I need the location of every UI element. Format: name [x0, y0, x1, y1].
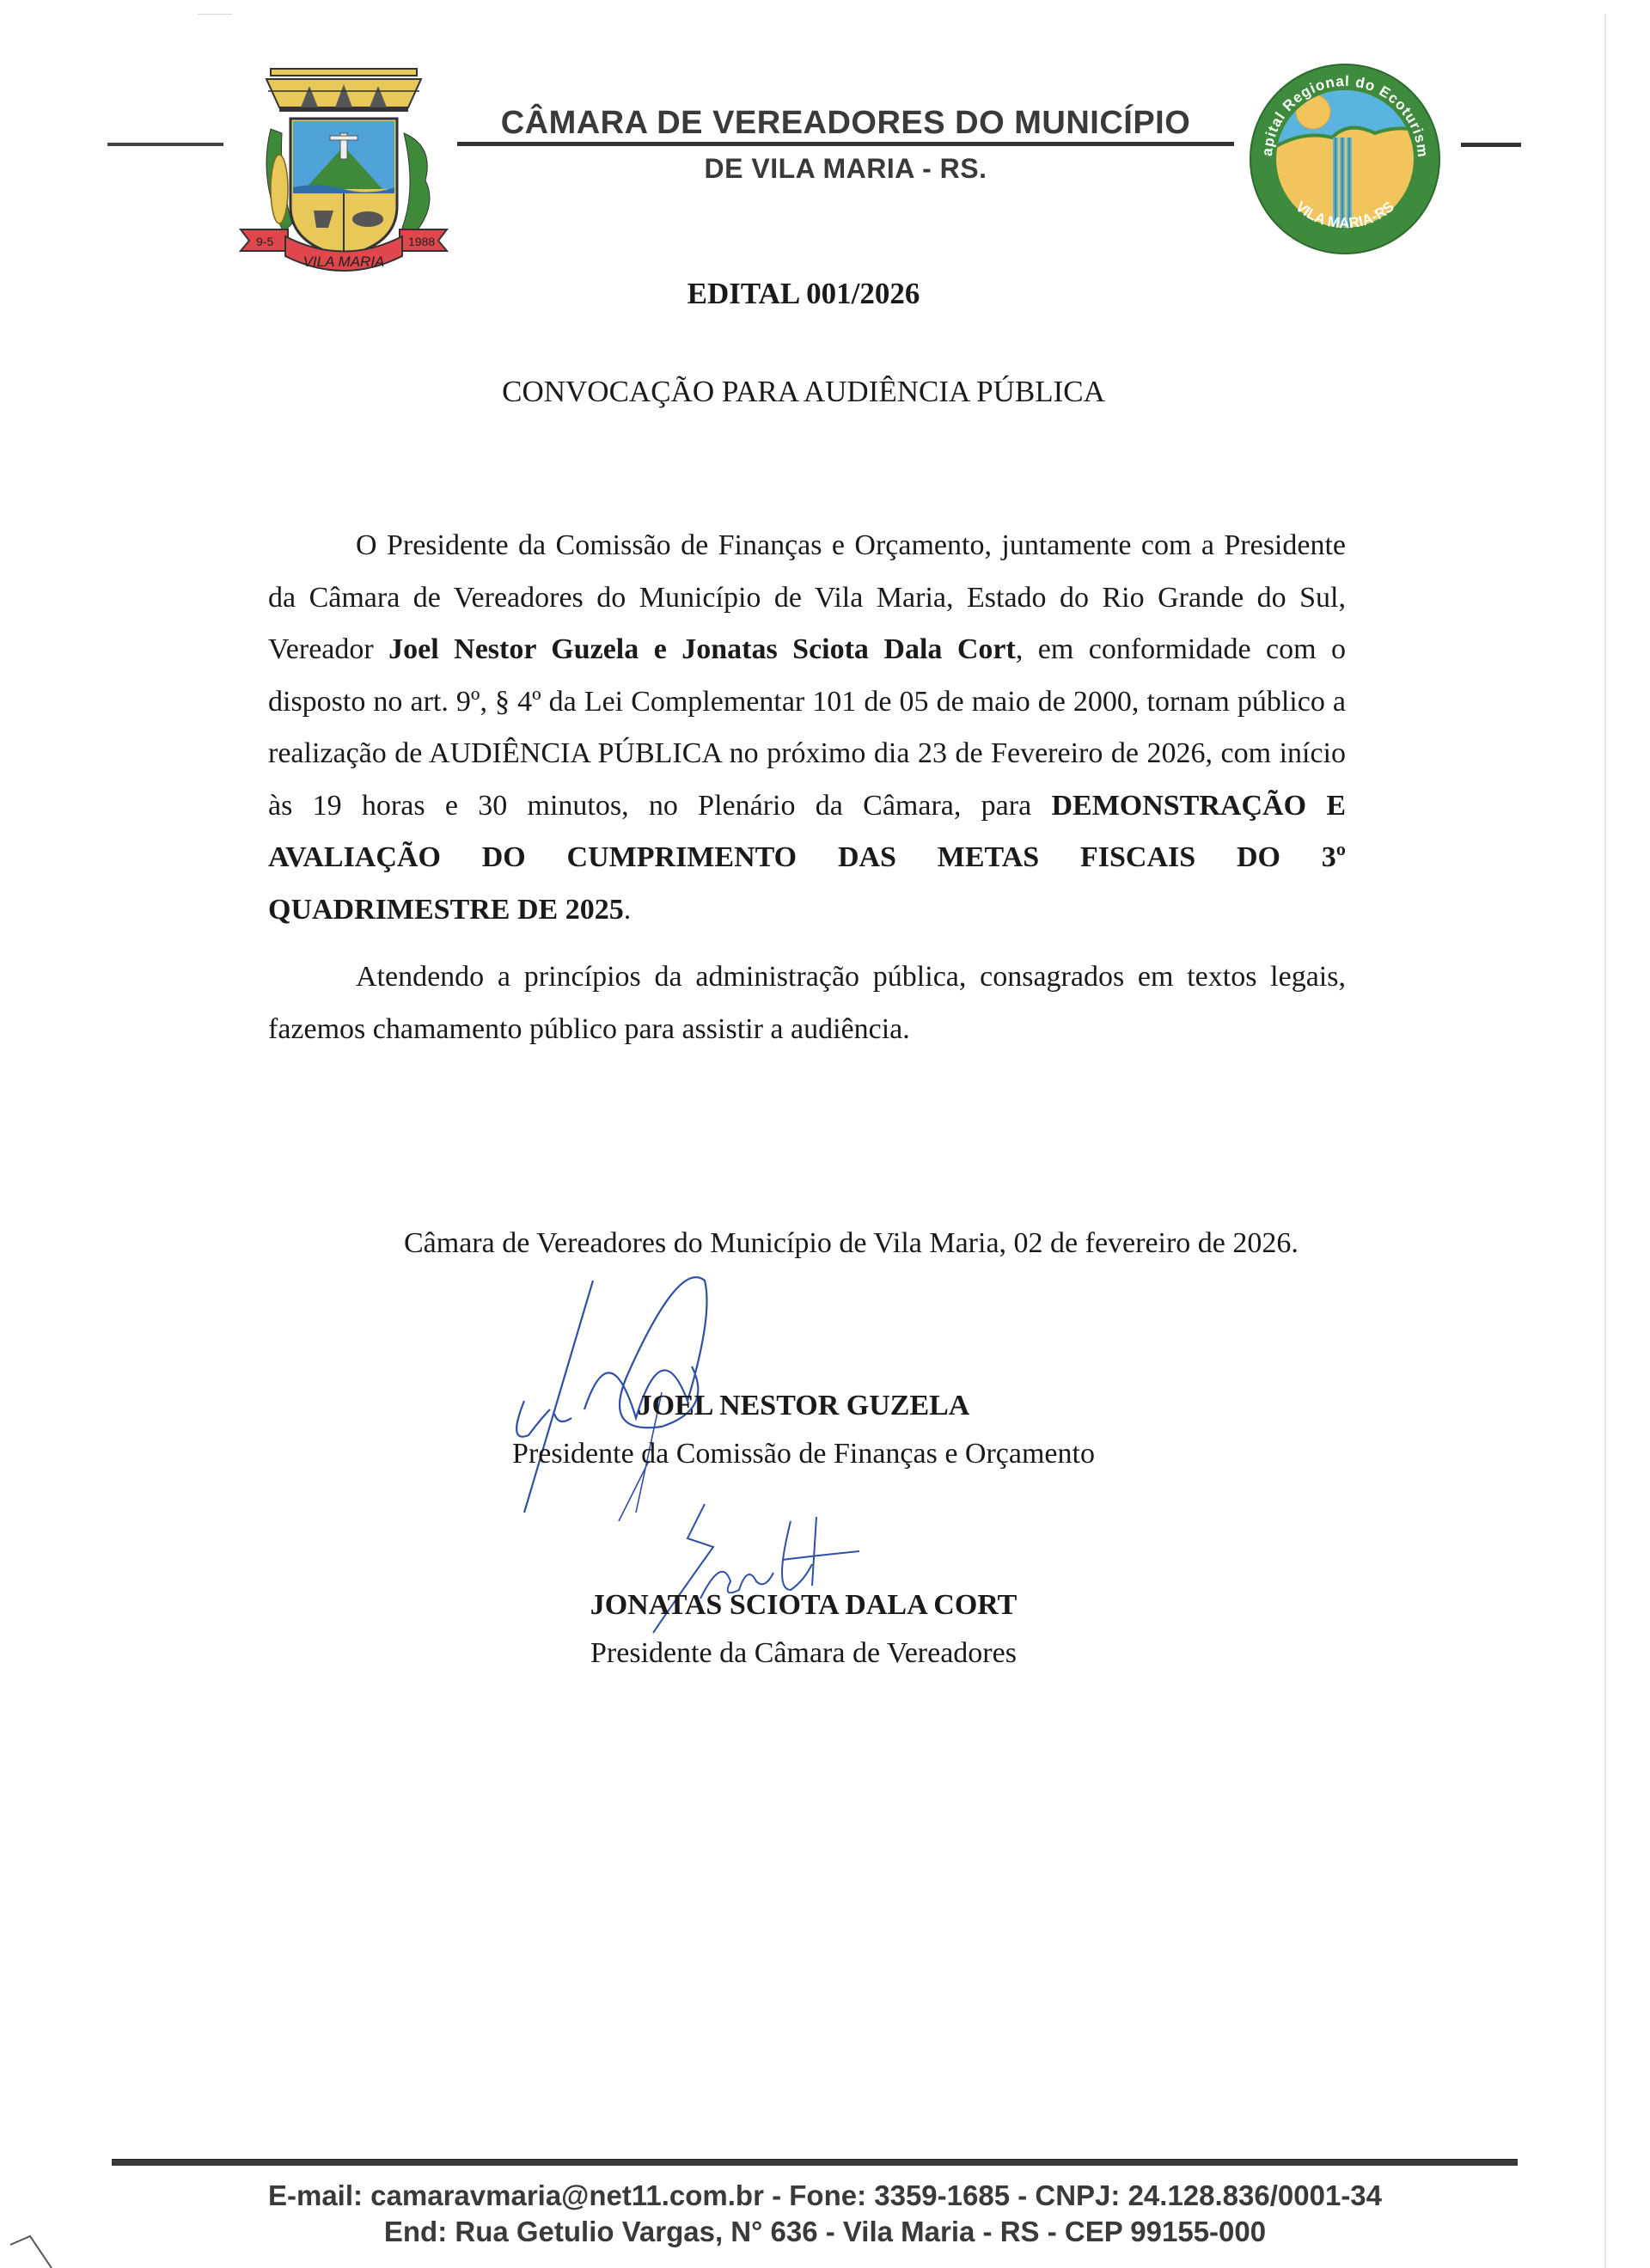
header-subtitle: DE VILA MARIA - RS.: [457, 153, 1234, 185]
ecotourism-seal-logo: Capital Regional do Ecoturismo VILA MARI…: [1246, 60, 1444, 258]
page-edge: [1604, 14, 1606, 2268]
signatory-name: JONATAS SCIOTA DALA CORT: [481, 1581, 1126, 1629]
footer-address: End: Rua Getulio Vargas, N° 636 - Vila M…: [0, 2216, 1650, 2248]
header-rule-left: [107, 143, 223, 146]
place-date-line: Câmara de Vereadores do Município de Vil…: [404, 1227, 1349, 1260]
councilors-names: Joel Nestor Guzela e Jonatas Sciota Dala…: [388, 633, 1016, 665]
signatory-block: JOEL NESTOR GUZELA Presidente da Comissã…: [481, 1382, 1126, 1478]
municipal-crest-logo: 9-5 1988 VILA MARIA: [232, 60, 455, 275]
paragraph-convocation: O Presidente da Comissão de Finanças e O…: [268, 520, 1346, 936]
svg-text:9-5: 9-5: [256, 235, 273, 248]
page-edge: [198, 14, 232, 15]
document-body: O Presidente da Comissão de Finanças e O…: [268, 520, 1346, 1055]
signatory-block: JONATAS SCIOTA DALA CORT Presidente da C…: [481, 1581, 1126, 1678]
document-number: EDITAL 001/2026: [0, 277, 1607, 311]
page-corner-fold: [9, 2233, 60, 2268]
header-rule-right: [1461, 143, 1521, 147]
paragraph-public-call: Atendendo a princípios da administração …: [268, 951, 1346, 1055]
signatory-role: Presidente da Comissão de Finanças e Orç…: [481, 1430, 1126, 1478]
svg-text:VILA MARIA: VILA MARIA: [303, 254, 385, 270]
document-subtitle: CONVOCAÇÃO PARA AUDIÊNCIA PÚBLICA: [0, 375, 1607, 409]
header-title: CÂMARA DE VEREADORES DO MUNICÍPIO: [457, 105, 1234, 142]
header-rule: [457, 142, 1234, 146]
signatory-role: Presidente da Câmara de Vereadores: [481, 1629, 1126, 1678]
footer-rule: [112, 2159, 1518, 2166]
signatory-name: JOEL NESTOR GUZELA: [481, 1382, 1126, 1430]
footer-contact: E-mail: camaravmaria@net11.com.br - Fone…: [0, 2179, 1650, 2212]
crown-icon: [266, 69, 421, 112]
svg-text:1988: 1988: [408, 235, 435, 248]
